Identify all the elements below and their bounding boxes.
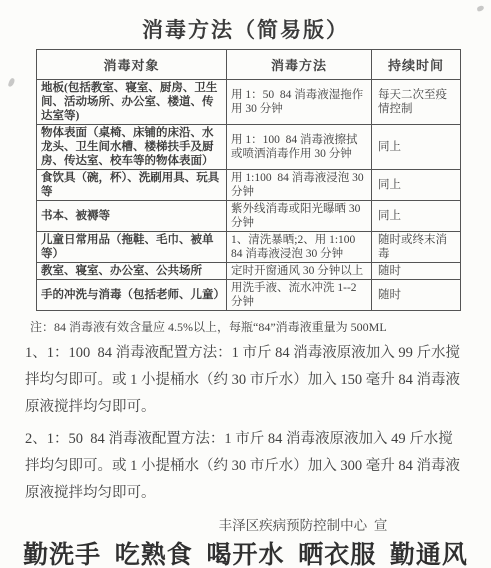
header-disinfection-object: 消毒对象 — [37, 50, 227, 80]
slogan-line: 勤洗手 吃熟食 喝开水 晒衣服 勤通风 — [0, 535, 491, 568]
table-row: 手的冲洗与消毒（包括老师、儿童） 用洗手液、流水冲洗 1--2 分钟 随时 — [37, 280, 461, 311]
cell-duration: 同上 — [372, 125, 461, 170]
table-row: 儿童日常用品（拖鞋、毛巾、被单等） 1、清洗暴晒;2、用 1:100 84 消毒… — [37, 232, 461, 263]
cell-duration: 同上 — [372, 170, 461, 201]
cell-duration: 同上 — [372, 201, 461, 232]
page-title: 消毒方法（简易版） — [0, 14, 491, 44]
preparation-paragraph-2: 2、1：50 84 消毒液配置方法：1 市斤 84 消毒液原液加入 49 斤水搅… — [25, 426, 465, 507]
cell-method: 用 1：50 84 消毒液湿拖作用 30 分钟 — [227, 80, 372, 125]
cell-duration: 每天二次至疫情控制 — [372, 80, 461, 125]
preparation-paragraph-1: 1、1：100 84 消毒液配置方法：1 市斤 84 消毒液原液加入 99 斤水… — [25, 340, 465, 421]
header-duration: 持续时间 — [372, 50, 461, 80]
table-row: 书本、被褥等 紫外线消毒或阳光曝晒 30 分钟 同上 — [37, 201, 461, 232]
cell-duration: 随时或终末消毒 — [372, 232, 461, 263]
note-text: 注：84 消毒液有效含量应 4.5%以上，每瓶“84”消毒液重量为 500ML — [30, 318, 471, 335]
header-disinfection-method: 消毒方法 — [227, 50, 372, 80]
table-header-row: 消毒对象 消毒方法 持续时间 — [37, 50, 461, 80]
cell-object: 食饮具（碗，杯）、洗刷用具、玩具等 — [37, 170, 227, 201]
cell-object: 儿童日常用品（拖鞋、毛巾、被单等） — [37, 232, 227, 263]
cell-method: 紫外线消毒或阳光曝晒 30 分钟 — [227, 201, 372, 232]
cell-method: 用 1：100 84 消毒液擦拭或喷洒消毒作用 30 分钟 — [227, 125, 372, 170]
scan-artifact — [476, 5, 484, 12]
publisher-line: 丰泽区疾病预防控制中心 宣 — [0, 514, 491, 534]
cell-duration: 随时 — [372, 280, 461, 311]
scan-artifact — [8, 77, 16, 87]
cell-method: 1、清洗暴晒;2、用 1:100 84 消毒液浸泡 30 分钟 — [227, 232, 372, 263]
table-row: 物体表面（桌椅、床铺的床沿、水龙头、卫生间水槽、楼梯扶手及厨房、传达室、校车等的… — [37, 125, 461, 170]
cell-method: 用洗手液、流水冲洗 1--2 分钟 — [227, 280, 372, 311]
cell-object: 手的冲洗与消毒（包括老师、儿童） — [37, 280, 227, 311]
cell-object: 书本、被褥等 — [37, 201, 227, 232]
cell-object: 物体表面（桌椅、床铺的床沿、水龙头、卫生间水槽、楼梯扶手及厨房、传达室、校车等的… — [37, 125, 227, 170]
scanned-document-page: 消毒方法（简易版） 消毒对象 消毒方法 持续时间 地板(包括教室、寝室、厨房、卫… — [0, 0, 491, 568]
table-row: 教室、寝室、办公室、公共场所 定时开窗通风 30 分钟以上 随时 — [37, 263, 461, 280]
table-row: 食饮具（碗，杯）、洗刷用具、玩具等 用 1:100 84 消毒液浸泡 30 分钟… — [37, 170, 461, 201]
cell-method: 定时开窗通风 30 分钟以上 — [227, 263, 372, 280]
cell-duration: 随时 — [372, 263, 461, 280]
cell-object: 教室、寝室、办公室、公共场所 — [37, 263, 227, 280]
cell-method: 用 1:100 84 消毒液浸泡 30 分钟 — [227, 170, 372, 201]
disinfection-table: 消毒对象 消毒方法 持续时间 地板(包括教室、寝室、厨房、卫生间、活动场所、办公… — [36, 49, 461, 311]
cell-object: 地板(包括教室、寝室、厨房、卫生间、活动场所、办公室、楼道、传达室等) — [37, 80, 227, 125]
table-row: 地板(包括教室、寝室、厨房、卫生间、活动场所、办公室、楼道、传达室等) 用 1：… — [37, 80, 461, 125]
